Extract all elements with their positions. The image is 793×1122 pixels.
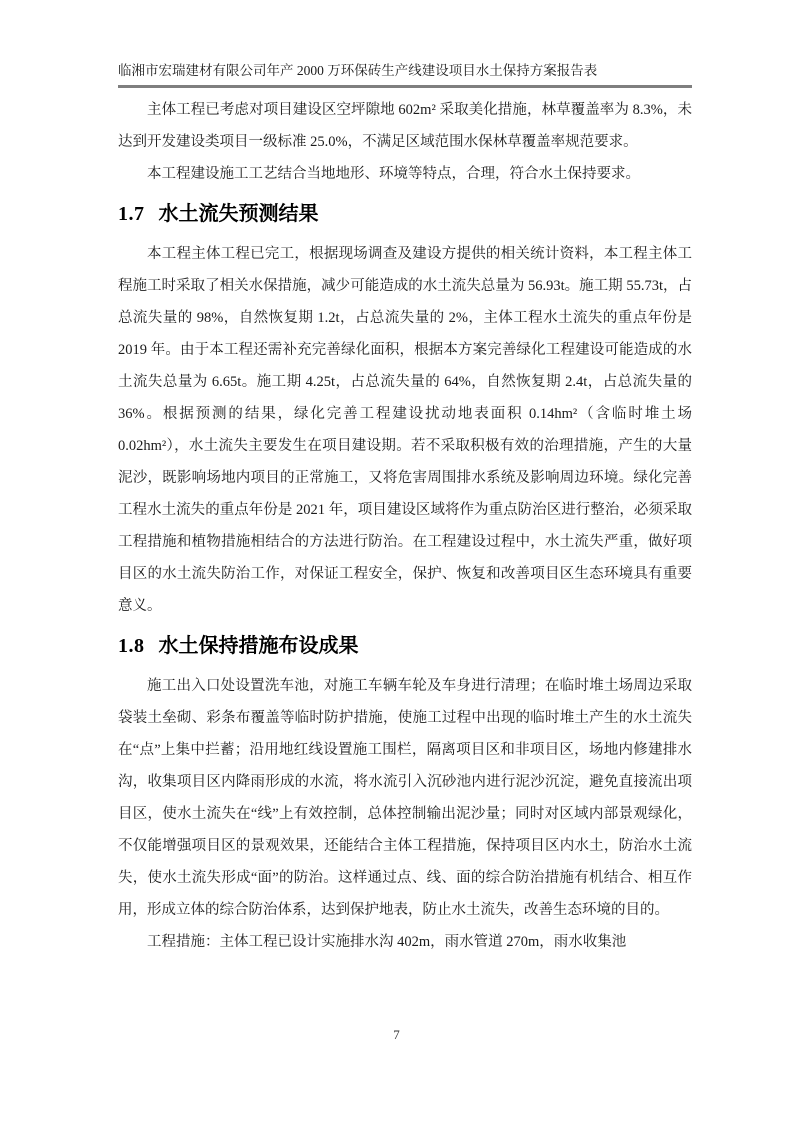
intro-paragraph-2: 本工程建设施工工艺结合当地地形、环境等特点，合理，符合水土保持要求。 — [118, 158, 692, 190]
section-1-7-paragraph: 本工程主体工程已完工，根据现场调查及建设方提供的相关统计资料，本工程主体工程施工… — [118, 238, 692, 622]
section-heading-1-7: 1.7水土流失预测结果 — [118, 196, 692, 232]
section-number: 1.8 — [118, 635, 145, 657]
section-heading-1-8: 1.8水土保持措施布设成果 — [118, 628, 692, 664]
document-body: 主体工程已考虑对项目建设区空坪隙地 602m² 采取美化措施，林草覆盖率为 8.… — [118, 94, 692, 958]
section-title: 水土保持措施布设成果 — [159, 635, 359, 657]
page-number: 7 — [393, 1027, 400, 1042]
section-number: 1.7 — [118, 203, 145, 225]
document-page: 临湘市宏瑞建材有限公司年产 2000 万环保砖生产线建设项目水土保持方案报告表 … — [0, 0, 793, 1122]
section-1-8-paragraph-1: 施工出入口处设置洗车池，对施工车辆车轮及车身进行清理；在临时堆土场周边采取袋装土… — [118, 670, 692, 926]
header-title: 临湘市宏瑞建材有限公司年产 2000 万环保砖生产线建设项目水土保持方案报告表 — [118, 62, 692, 80]
page-header: 临湘市宏瑞建材有限公司年产 2000 万环保砖生产线建设项目水土保持方案报告表 — [118, 62, 692, 88]
intro-paragraph-1: 主体工程已考虑对项目建设区空坪隙地 602m² 采取美化措施，林草覆盖率为 8.… — [118, 94, 692, 158]
section-title: 水土流失预测结果 — [159, 203, 319, 225]
page-footer: 7 — [0, 1026, 793, 1044]
section-1-8-paragraph-2: 工程措施：主体工程已设计实施排水沟 402m，雨水管道 270m，雨水收集池 — [118, 926, 692, 958]
